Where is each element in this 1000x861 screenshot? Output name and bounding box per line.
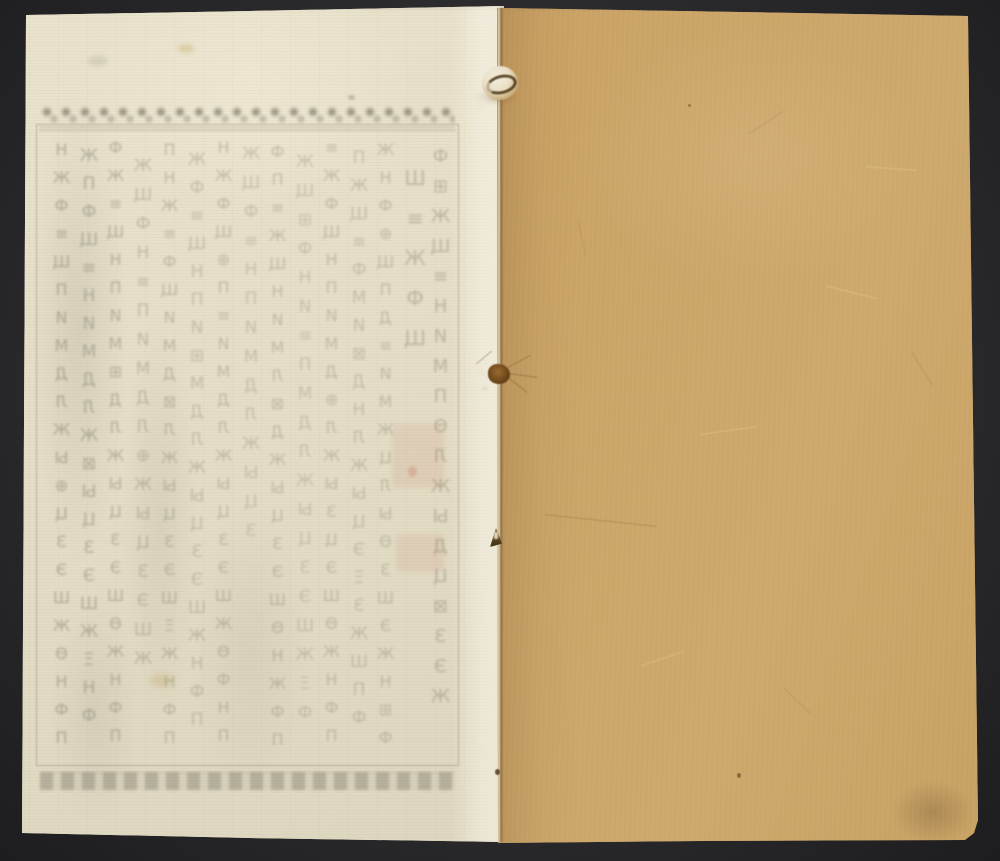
paper-stain (178, 44, 194, 53)
ghost-text-column: ≡ЖФЩНПИМД⊕ЛЖЫЗЦЭШΘЖНФП (324, 138, 344, 756)
paper-stain (88, 56, 108, 66)
ghost-text-column: НЖФ≡ЩПИМДЛЖЫ⊕ЦЗЭШЖΘНФП (54, 138, 74, 756)
ghost-text-column: ФЖ≡ЩНПИМ⊞ДЛЖЫЦЗЭШΘЖНФП (108, 138, 128, 756)
binding-stitch-lower-middle (486, 526, 508, 554)
binding-hole-bottom (494, 768, 502, 777)
ghost-text-column: НЖФЩ⊕П≡ИМДЛЖЫЦЗЭШЖΘФНП (216, 138, 236, 756)
paper-fiber (911, 351, 933, 385)
sewing-hole (495, 769, 500, 775)
seal-bleedthrough-lower (396, 534, 444, 572)
crease-line (507, 355, 530, 368)
paper-stain (348, 95, 355, 100)
binding-stitch-upper-middle (468, 353, 542, 405)
thread-fleck (476, 368, 487, 377)
ghost-text-column: ФП≡ЖЩНИМЛ⊠ДЖЫЦЗЭШΘНЖФП (270, 138, 290, 756)
seal-bleedthrough-upper (392, 424, 444, 488)
binding-stitch-top (474, 62, 530, 110)
ghost-text-column: ЖФ≡ЩНПИ⊞МДЛЖЫЦЗЭШЖНФП (189, 138, 209, 756)
crease-line (506, 376, 527, 393)
ghost-text-column: ЖЩФ≡НПИМДЛЖЫЦЗ (243, 138, 263, 756)
paper-fiber (641, 651, 685, 667)
bleedthrough-text: Ф⊞ЖЩ≡НИМПΘЛЖЫДЦ⊠ЗЭЖШ≡ЖФЩЖНФ⊕ЩПД≡ИМЖЦЛЫΘЗ… (44, 138, 452, 756)
page-curl-highlight (452, 6, 504, 842)
paper-fiber (578, 222, 586, 255)
paper-fiber (748, 111, 784, 135)
paper-stain (150, 674, 174, 687)
photo-stage: Ф⊞ЖЩ≡НИМПΘЛЖЫДЦ⊠ЗЭЖШ≡ЖФЩЖНФ⊕ЩПД≡ИМЖЦЛЫΘЗ… (0, 0, 1000, 861)
paper-fiber (827, 286, 878, 300)
thread-highlight (494, 532, 498, 539)
ghost-text-column: ПНЖ≡ФЩИМД⊠ЛЖЫЦЗЭШΞЖНФП (162, 138, 182, 756)
cover-crease (545, 514, 656, 527)
paper-fiber (700, 426, 758, 435)
spine-junction (498, 8, 503, 842)
frame-ornament-bottom (40, 772, 455, 790)
ghost-text-column: ЖЩ⊞ФНИ≡ПМДЛЖЫЦЗЭШЖΞФ (297, 138, 317, 756)
crease-line (508, 373, 538, 378)
cover-speck (688, 104, 691, 107)
thread-knot (488, 364, 510, 384)
ghost-text-column: ПЖЩ≡ФМИ⊠ДНЛЖЫЦЭΞЗЖШПФ (351, 138, 371, 756)
thread-fleck (480, 385, 488, 392)
crease-line (476, 351, 492, 365)
paper-fiber (866, 166, 916, 170)
ghost-text-column: ЖПФЩ≡НИМДЛЖ⊠ЫЦЗЭШЖΞНФ (81, 138, 101, 756)
paper-fiber (783, 687, 811, 714)
seal-bleedthrough-dot (408, 466, 417, 477)
ghost-text-column: ЖЩФН≡ПИМДЛ⊕ЖЫЦЗЭШЖ (135, 138, 155, 756)
cover-speck (737, 773, 741, 778)
